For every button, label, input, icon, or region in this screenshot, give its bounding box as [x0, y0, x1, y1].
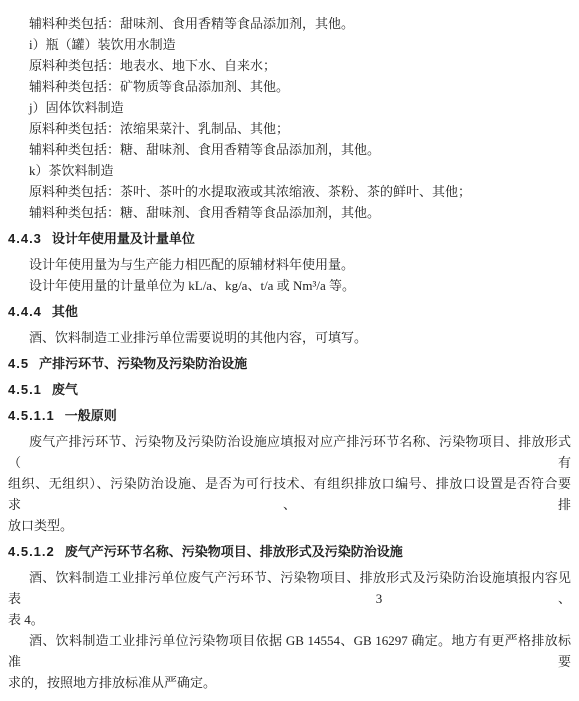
- section-number: 4.5.1: [8, 382, 42, 397]
- section-heading: 4.5.1.1一般原则: [8, 405, 571, 426]
- section-title: 产排污环节、污染物及污染防治设施: [39, 356, 247, 371]
- paragraph-line: 设计年使用量的计量单位为 kL/a、kg/a、t/a 或 Nm³/a 等。: [8, 275, 571, 296]
- paragraph-line: 表 4。: [8, 609, 571, 630]
- paragraph-line: 原料种类包括：茶叶、茶叶的水提取液或其浓缩液、茶粉、茶的鲜叶、其他；: [8, 181, 571, 202]
- document-page: 辅料种类包括：甜味剂、食用香精等食品添加剂，其他。 i）瓶（罐）装饮用水制造 原…: [0, 0, 579, 701]
- paragraph-line: 酒、饮料制造工业排污单位废气产污环节、污染物项目、排放形式及污染防治设施填报内容…: [8, 567, 571, 609]
- paragraph-line: 放口类型。: [8, 515, 571, 536]
- paragraph-line: 辅料种类包括：糖、甜味剂、食用香精等食品添加剂，其他。: [8, 202, 571, 223]
- paragraph-line: 辅料种类包括：矿物质等食品添加剂、其他。: [8, 76, 571, 97]
- section-heading: 4.4.4其他: [8, 301, 571, 322]
- paragraph-line: 原料种类包括：地表水、地下水、自来水；: [8, 55, 571, 76]
- paragraph-line: 组织、无组织）、污染防治设施、是否为可行技术、有组织排放口编号、排放口设置是否符…: [8, 473, 571, 515]
- paragraph-line: 酒、饮料制造工业排污单位需要说明的其他内容，可填写。: [8, 327, 571, 348]
- paragraph-line: 原料种类包括：浓缩果菜汁、乳制品、其他；: [8, 118, 571, 139]
- paragraph-line: 辅料种类包括：糖、甜味剂、食用香精等食品添加剂，其他。: [8, 139, 571, 160]
- section-heading: 4.5.1.2废气产污环节名称、污染物项目、排放形式及污染防治设施: [8, 541, 571, 562]
- section-title: 一般原则: [65, 408, 117, 423]
- list-item-line: j）固体饮料制造: [8, 97, 571, 118]
- section-number: 4.5: [8, 356, 29, 371]
- paragraph-line: 废气产排污环节、污染物及污染防治设施应填报对应产排污环节名称、污染物项目、排放形…: [8, 431, 571, 473]
- section-heading: 4.5产排污环节、污染物及污染防治设施: [8, 353, 571, 374]
- section-title: 废气: [52, 382, 78, 397]
- paragraph-line: 酒、饮料制造工业排污单位污染物项目依据 GB 14554、GB 16297 确定…: [8, 630, 571, 672]
- paragraph-line: 辅料种类包括：甜味剂、食用香精等食品添加剂，其他。: [8, 13, 571, 34]
- section-number: 4.4.3: [8, 231, 42, 246]
- paragraph-line: 求的，按照地方排放标准从严确定。: [8, 672, 571, 693]
- section-number: 4.4.4: [8, 304, 42, 319]
- section-title: 其他: [52, 304, 78, 319]
- section-heading: 4.5.1废气: [8, 379, 571, 400]
- section-title: 设计年使用量及计量单位: [52, 231, 195, 246]
- section-heading: 4.4.3设计年使用量及计量单位: [8, 228, 571, 249]
- paragraph-line: 设计年使用量为与生产能力相匹配的原辅材料年使用量。: [8, 254, 571, 275]
- list-item-line: i）瓶（罐）装饮用水制造: [8, 34, 571, 55]
- section-number: 4.5.1.1: [8, 408, 55, 423]
- list-item-line: k）茶饮料制造: [8, 160, 571, 181]
- section-number: 4.5.1.2: [8, 544, 55, 559]
- section-title: 废气产污环节名称、污染物项目、排放形式及污染防治设施: [65, 544, 403, 559]
